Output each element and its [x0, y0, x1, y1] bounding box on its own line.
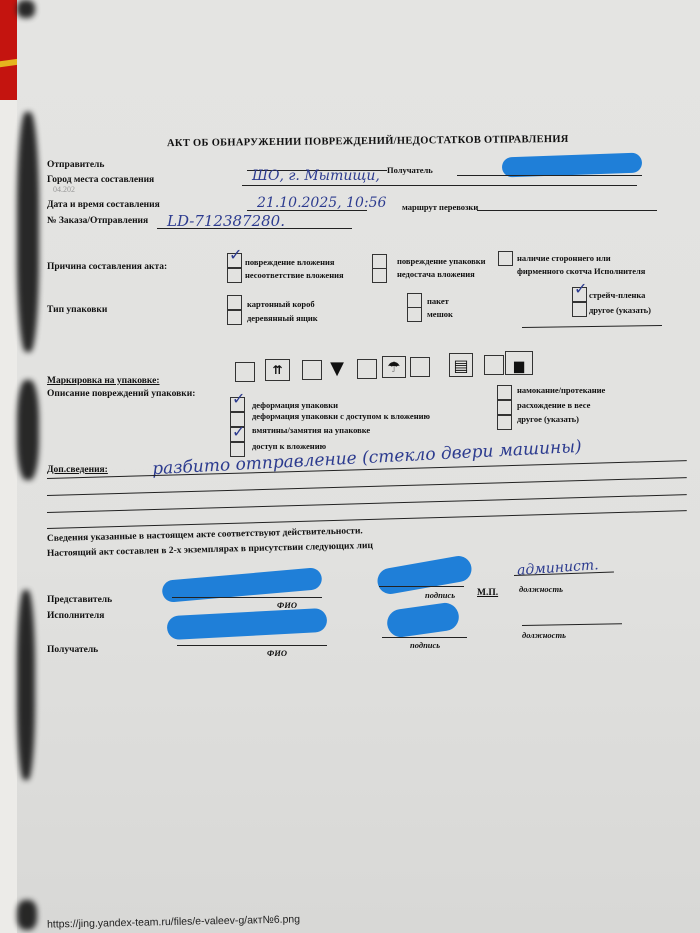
- handle-with-care-icon: ▆: [505, 351, 533, 375]
- fio-line: [177, 645, 327, 646]
- reason-checkbox-foreign-tape[interactable]: [498, 251, 513, 266]
- order-label: № Заказа/Отправления: [47, 216, 148, 226]
- stamp-label: М.П.: [477, 588, 498, 598]
- packaging-checkbox-bag[interactable]: [407, 293, 422, 308]
- recipient-line: [457, 175, 642, 176]
- packaging-option: стрейч-пленка: [589, 290, 645, 300]
- check-mark-icon: ✓: [574, 281, 587, 297]
- datetime-label: Дата и время составления: [47, 200, 160, 210]
- damage-option: деформация упаковки с доступом к вложени…: [252, 411, 430, 421]
- damage-label: Описание повреждений упаковки:: [47, 389, 195, 399]
- executor-label: Исполнителя: [47, 611, 104, 621]
- additional-label: Доп.сведения:: [47, 465, 108, 475]
- damage-option: вмятины/замятия на упаковке: [252, 425, 370, 435]
- damage-option: другое (указать): [517, 414, 579, 424]
- packaging-other-line: [522, 325, 662, 328]
- reason-option: повреждение вложения: [245, 257, 334, 267]
- position-label: должность: [519, 584, 563, 594]
- city-line: [242, 185, 637, 186]
- reason-option: повреждение упаковки: [397, 256, 486, 266]
- name-redaction: [166, 608, 327, 640]
- marking-checkbox[interactable]: [357, 359, 377, 379]
- document-sheet: АКТ ОБ ОБНАРУЖЕНИИ ПОВРЕЖДЕНИЙ/НЕДОСТАТК…: [17, 0, 700, 933]
- background-red-object: [0, 0, 18, 100]
- packaging-checkbox-other[interactable]: [572, 302, 587, 317]
- position-line: [522, 623, 622, 626]
- damage-checkbox-weight[interactable]: [497, 400, 512, 415]
- background-edge: [0, 100, 18, 933]
- sign-label: подпись: [410, 640, 440, 650]
- packaging-checkbox-wooden[interactable]: [227, 310, 242, 325]
- city-label: Город места составления: [47, 175, 154, 185]
- route-line: [477, 210, 657, 211]
- packaging-checkbox-sack[interactable]: [407, 307, 422, 322]
- keep-dry-umbrella-icon: ☂: [382, 356, 406, 378]
- packaging-option: картонный короб: [247, 299, 315, 309]
- check-mark-icon: ✓: [232, 424, 245, 440]
- position-label: должность: [522, 630, 566, 640]
- datetime-line: [247, 210, 367, 211]
- fio-line: [172, 597, 322, 598]
- statement-line-2: Настоящий акт составлен в 2-х экземпляра…: [47, 541, 373, 559]
- damage-option: деформация упаковки: [252, 400, 338, 410]
- city-value: ШО, г. Мытищи,: [252, 168, 380, 184]
- damage-option: доступ к вложению: [252, 441, 326, 451]
- marking-checkbox[interactable]: [235, 362, 255, 382]
- packaging-label: Тип упаковки: [47, 305, 107, 315]
- datetime-value: 21.10.2025, 10:56: [257, 195, 386, 211]
- reason-option: наличие стороннего или: [517, 253, 611, 263]
- footer-url: https://jing.yandex-team.ru/files/e-vale…: [47, 913, 300, 930]
- marking-checkbox[interactable]: [484, 355, 504, 375]
- fio-label: ФИО: [267, 648, 287, 658]
- damage-option: расхождение в весе: [517, 400, 590, 410]
- reason-checkbox-shortage[interactable]: [372, 268, 387, 283]
- reason-label: Причина составления акта:: [47, 262, 167, 272]
- reason-checkbox-mismatch[interactable]: [227, 268, 242, 283]
- reason-checkbox-packaging-damage[interactable]: [372, 254, 387, 269]
- additional-line: [47, 477, 687, 496]
- check-mark-icon: ✓: [229, 247, 242, 263]
- recipient-redaction: [502, 153, 643, 178]
- packaging-option: мешок: [427, 309, 453, 319]
- damage-checkbox-wet[interactable]: [497, 385, 512, 400]
- recipient-label: Получатель: [387, 165, 433, 175]
- additional-line: [47, 494, 687, 513]
- reason-option: фирменного скотча Исполнителя: [517, 266, 645, 276]
- packaging-option: другое (указать): [589, 305, 651, 315]
- document-title: АКТ ОБ ОБНАРУЖЕНИИ ПОВРЕЖДЕНИЙ/НЕДОСТАТК…: [167, 134, 569, 149]
- toner-streak: [17, 112, 39, 352]
- signature-line: [379, 586, 464, 587]
- stacking-limit-icon: ▤: [449, 353, 473, 377]
- toner-streak: [17, 590, 35, 780]
- packaging-option: пакет: [427, 296, 449, 306]
- toner-streak: [17, 380, 39, 480]
- reason-option: недостача вложения: [397, 269, 475, 279]
- toner-streak: [17, 0, 35, 18]
- recipient-sign-label: Получатель: [47, 645, 98, 655]
- reason-option: несоответствие вложения: [245, 270, 344, 280]
- statement-line-1: Сведения указанные в настоящем акте соот…: [47, 526, 363, 544]
- sender-label: Отправитель: [47, 160, 104, 170]
- check-mark-icon: ✓: [232, 391, 245, 407]
- route-label: маршрут перевозки: [402, 202, 478, 212]
- fragile-glass-icon: ▼: [327, 358, 347, 378]
- representative-label: Представитель: [47, 595, 112, 605]
- damage-checkbox-other[interactable]: [497, 415, 512, 430]
- this-way-up-icon: ⇈: [265, 359, 290, 381]
- packaging-option: деревянный ящик: [247, 313, 318, 323]
- damage-option: намокание/протекание: [517, 385, 605, 395]
- marking-checkbox[interactable]: [410, 357, 430, 377]
- packaging-checkbox-carton[interactable]: [227, 295, 242, 310]
- ghost-date: 04.202: [53, 185, 75, 194]
- marking-checkbox[interactable]: [302, 360, 322, 380]
- signature-line: [382, 637, 467, 638]
- marking-label: Маркировка на упаковке:: [47, 376, 160, 386]
- toner-streak: [17, 900, 37, 930]
- additional-line: [47, 510, 687, 529]
- signature-redaction: [385, 601, 460, 639]
- sign-label: подпись: [425, 590, 455, 600]
- order-line: [157, 228, 352, 229]
